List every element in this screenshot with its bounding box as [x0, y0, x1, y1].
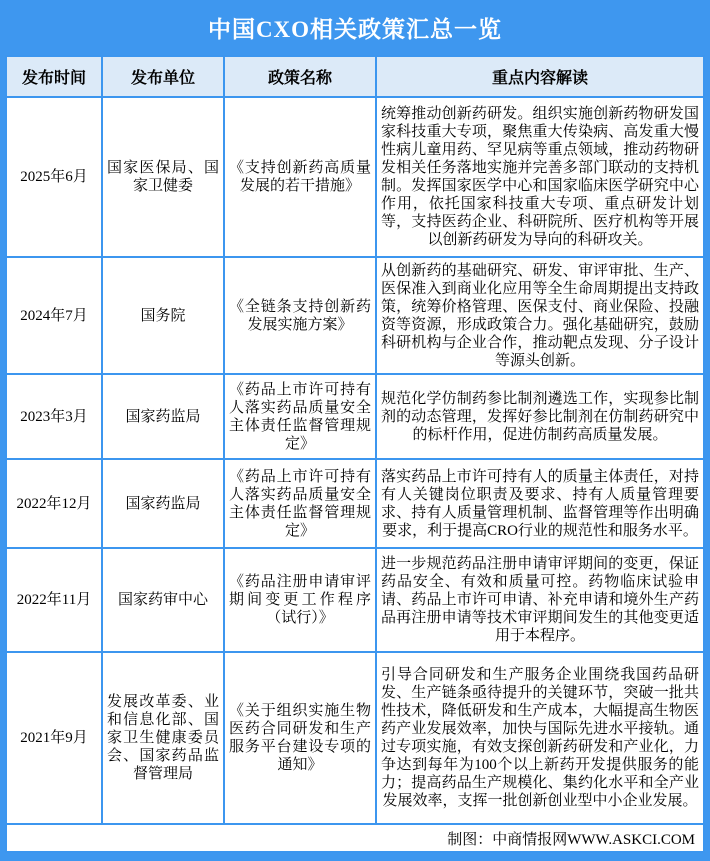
cell-content: 从创新药的基础研究、研发、审评审批、生产、医保准入到商业化应用等全生命周期提出支…: [376, 257, 704, 374]
policy-table: 发布时间 发布单位 政策名称 重点内容解读 2025年6月国家医保局、国家卫健委…: [5, 55, 705, 853]
title-bar: 中国CXO相关政策汇总一览: [0, 0, 710, 55]
cell-agency: 国家药审中心: [102, 548, 224, 652]
cell-date: 2022年12月: [6, 459, 102, 548]
table-body: 2025年6月国家医保局、国家卫健委《支持创新药高质量发展的若干措施》统筹推动创…: [6, 97, 704, 824]
cell-agency: 国家药监局: [102, 374, 224, 459]
table-row: 2023年3月国家药监局《药品上市许可持有人落实药品质量安全主体责任监督管理规定…: [6, 374, 704, 459]
table-row: 2022年12月国家药监局《药品上市许可持有人落实药品质量安全主体责任监督管理规…: [6, 459, 704, 548]
cell-date: 2023年3月: [6, 374, 102, 459]
table-row: 2024年7月国务院《全链条支持创新药发展实施方案》从创新药的基础研究、研发、审…: [6, 257, 704, 374]
page-title: 中国CXO相关政策汇总一览: [208, 11, 502, 44]
footer-credit: 制图：中商情报网WWW.ASKCI.COM: [6, 824, 704, 852]
cell-agency: 国务院: [102, 257, 224, 374]
cell-content: 落实药品上市许可持有人的质量主体责任，对持有人关键岗位职责及要求、持有人质量管理…: [376, 459, 704, 548]
cell-agency: 国家药监局: [102, 459, 224, 548]
cell-agency: 国家医保局、国家卫健委: [102, 97, 224, 257]
cell-content: 规范化学仿制药参比制剂遴选工作，实现参比制剂的动态管理，发挥好参比制剂在仿制药研…: [376, 374, 704, 459]
cell-policy: 《药品上市许可持有人落实药品质量安全主体责任监督管理规定》: [224, 374, 376, 459]
cell-content: 进一步规范药品注册申请审评期间的变更，保证药品安全、有效和质量可控。药物临床试验…: [376, 548, 704, 652]
cell-date: 2025年6月: [6, 97, 102, 257]
cell-date: 2021年9月: [6, 652, 102, 824]
column-header-policy: 政策名称: [224, 56, 376, 97]
cell-policy: 《全链条支持创新药发展实施方案》: [224, 257, 376, 374]
cell-date: 2024年7月: [6, 257, 102, 374]
footer-row: 制图：中商情报网WWW.ASKCI.COM: [6, 824, 704, 852]
cell-agency: 发展改革委、业和信息化部、国家卫生健康委员会、国家药品监督管理局: [102, 652, 224, 824]
infographic-page: 中国CXO相关政策汇总一览 发布时间 发布单位 政策名称 重点内容解读 2025…: [0, 0, 710, 861]
table-row: 2025年6月国家医保局、国家卫健委《支持创新药高质量发展的若干措施》统筹推动创…: [6, 97, 704, 257]
column-header-date: 发布时间: [6, 56, 102, 97]
table-header: 发布时间 发布单位 政策名称 重点内容解读: [6, 56, 704, 97]
column-header-content: 重点内容解读: [376, 56, 704, 97]
cell-content: 统筹推动创新药研发。组织实施创新药物研发国家科技重大专项，聚焦重大传染病、高发重…: [376, 97, 704, 257]
cell-policy: 《支持创新药高质量发展的若干措施》: [224, 97, 376, 257]
cell-date: 2022年11月: [6, 548, 102, 652]
cell-policy: 《药品上市许可持有人落实药品质量安全主体责任监督管理规定》: [224, 459, 376, 548]
cell-policy: 《药品注册申请审评期间变更工作程序（试行）》: [224, 548, 376, 652]
cell-content: 引导合同研发和生产服务企业围绕我国药品研发、生产链条亟待提升的关键环节，突破一批…: [376, 652, 704, 824]
table-row: 2022年11月国家药审中心《药品注册申请审评期间变更工作程序（试行）》进一步规…: [6, 548, 704, 652]
column-header-agency: 发布单位: [102, 56, 224, 97]
table-row: 2021年9月发展改革委、业和信息化部、国家卫生健康委员会、国家药品监督管理局《…: [6, 652, 704, 824]
table-footer: 制图：中商情报网WWW.ASKCI.COM: [6, 824, 704, 852]
header-row: 发布时间 发布单位 政策名称 重点内容解读: [6, 56, 704, 97]
cell-policy: 《关于组织实施生物医药合同研发和生产服务平台建设专项的通知》: [224, 652, 376, 824]
